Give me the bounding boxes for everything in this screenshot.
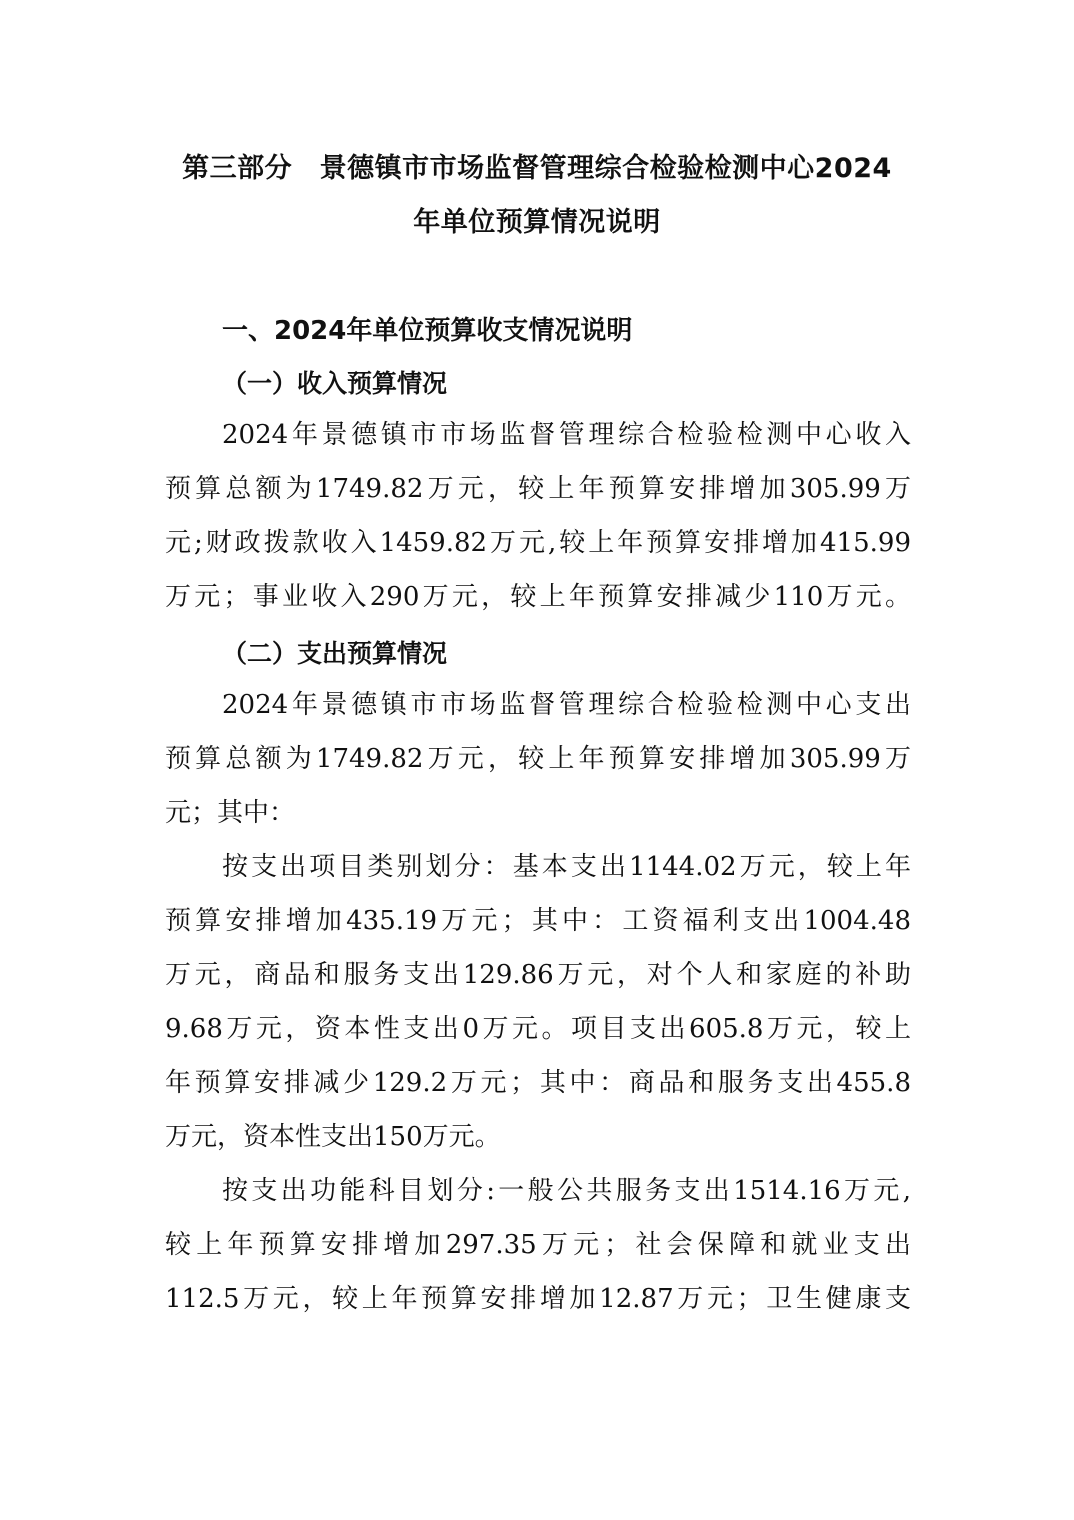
income-paragraph-line: 2024年景德镇市市场监督管理综合检验检测中心收入 <box>222 419 911 451</box>
category-paragraph-line: 万元，商品和服务支出129.86万元，对个人和家庭的补助 <box>165 959 911 991</box>
category-paragraph-line: 9.68万元，资本性支出0万元。项目支出605.8万元，较上 <box>165 1013 911 1045</box>
section-heading: 一、2024年单位预算收支情况说明 <box>222 310 632 347</box>
income-paragraph-line: 元;财政拨款收入1459.82万元,较上年预算安排增加415.99 <box>165 527 911 559</box>
document-title-line-1: 第三部分 景德镇市市场监督管理综合检验检测中心2024 <box>0 146 1074 185</box>
category-paragraph-line: 预算安排增加435.19万元；其中：工资福利支出1004.48 <box>165 905 911 937</box>
subsection-heading-income: （一）收入预算情况 <box>222 364 447 400</box>
document-title-line-2: 年单位预算情况说明 <box>0 200 1074 239</box>
category-paragraph-line: 年预算安排减少129.2万元；其中：商品和服务支出455.8 <box>165 1067 911 1099</box>
function-paragraph-line: 按支出功能科目划分:一般公共服务支出1514.16万元, <box>222 1175 911 1207</box>
expenditure-paragraph-line: 元；其中： <box>165 797 911 829</box>
category-paragraph-line: 按支出项目类别划分：基本支出1144.02万元，较上年 <box>222 851 911 883</box>
category-paragraph-line: 万元，资本性支出150万元。 <box>165 1121 911 1153</box>
income-paragraph-line: 预算总额为1749.82万元，较上年预算安排增加305.99万 <box>165 473 911 505</box>
function-paragraph-line: 较上年预算安排增加297.35万元；社会保障和就业支出 <box>165 1229 911 1261</box>
expenditure-paragraph-line: 预算总额为1749.82万元，较上年预算安排增加305.99万 <box>165 743 911 775</box>
expenditure-paragraph-line: 2024年景德镇市市场监督管理综合检验检测中心支出 <box>222 689 911 721</box>
subsection-heading-expenditure: （二）支出预算情况 <box>222 634 447 670</box>
function-paragraph-line: 112.5万元，较上年预算安排增加12.87万元；卫生健康支 <box>165 1283 911 1315</box>
income-paragraph-line: 万元；事业收入290万元，较上年预算安排减少110万元。 <box>165 581 911 613</box>
document-page: 第三部分 景德镇市市场监督管理综合检验检测中心2024 年单位预算情况说明 一、… <box>0 0 1074 1520</box>
